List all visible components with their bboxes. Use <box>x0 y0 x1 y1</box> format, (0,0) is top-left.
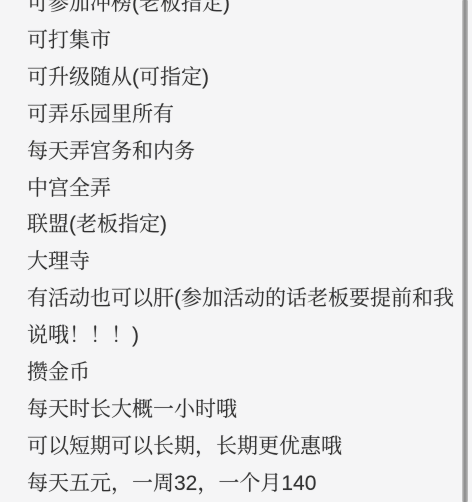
text-line: 每天弄宫务和内务 <box>27 134 458 171</box>
text-line: 中宫全弄 <box>27 171 458 208</box>
text-line: 联盟(老板指定) <box>27 207 458 244</box>
text-lines: 可参加冲榜(老板指定)可打集市可升级随从(可指定)可弄乐园里所有每天弄宫务和内务… <box>27 0 458 502</box>
text-line: 有活动也可以肝(参加活动的话老板要提前和我 <box>27 281 458 318</box>
scrollbar[interactable] <box>462 0 468 502</box>
text-line: 每天时长大概一小时哦 <box>27 392 458 429</box>
text-line: 大理寺 <box>27 244 458 281</box>
text-line: 每天五元，一周32，一个月140 <box>27 466 458 502</box>
text-line: 可升级随从(可指定) <box>27 60 458 97</box>
service-list-screenshot: 可参加冲榜(老板指定)可打集市可升级随从(可指定)可弄乐园里所有每天弄宫务和内务… <box>0 0 472 502</box>
text-line: 可打集市 <box>27 23 458 60</box>
text-line: 可以短期可以长期，长期更优惠哦 <box>27 429 458 466</box>
text-line: 说哦！！！) <box>27 318 458 355</box>
text-line: 攒金币 <box>27 355 458 392</box>
text-line: 可参加冲榜(老板指定) <box>27 0 458 23</box>
text-line: 可弄乐园里所有 <box>27 97 458 134</box>
